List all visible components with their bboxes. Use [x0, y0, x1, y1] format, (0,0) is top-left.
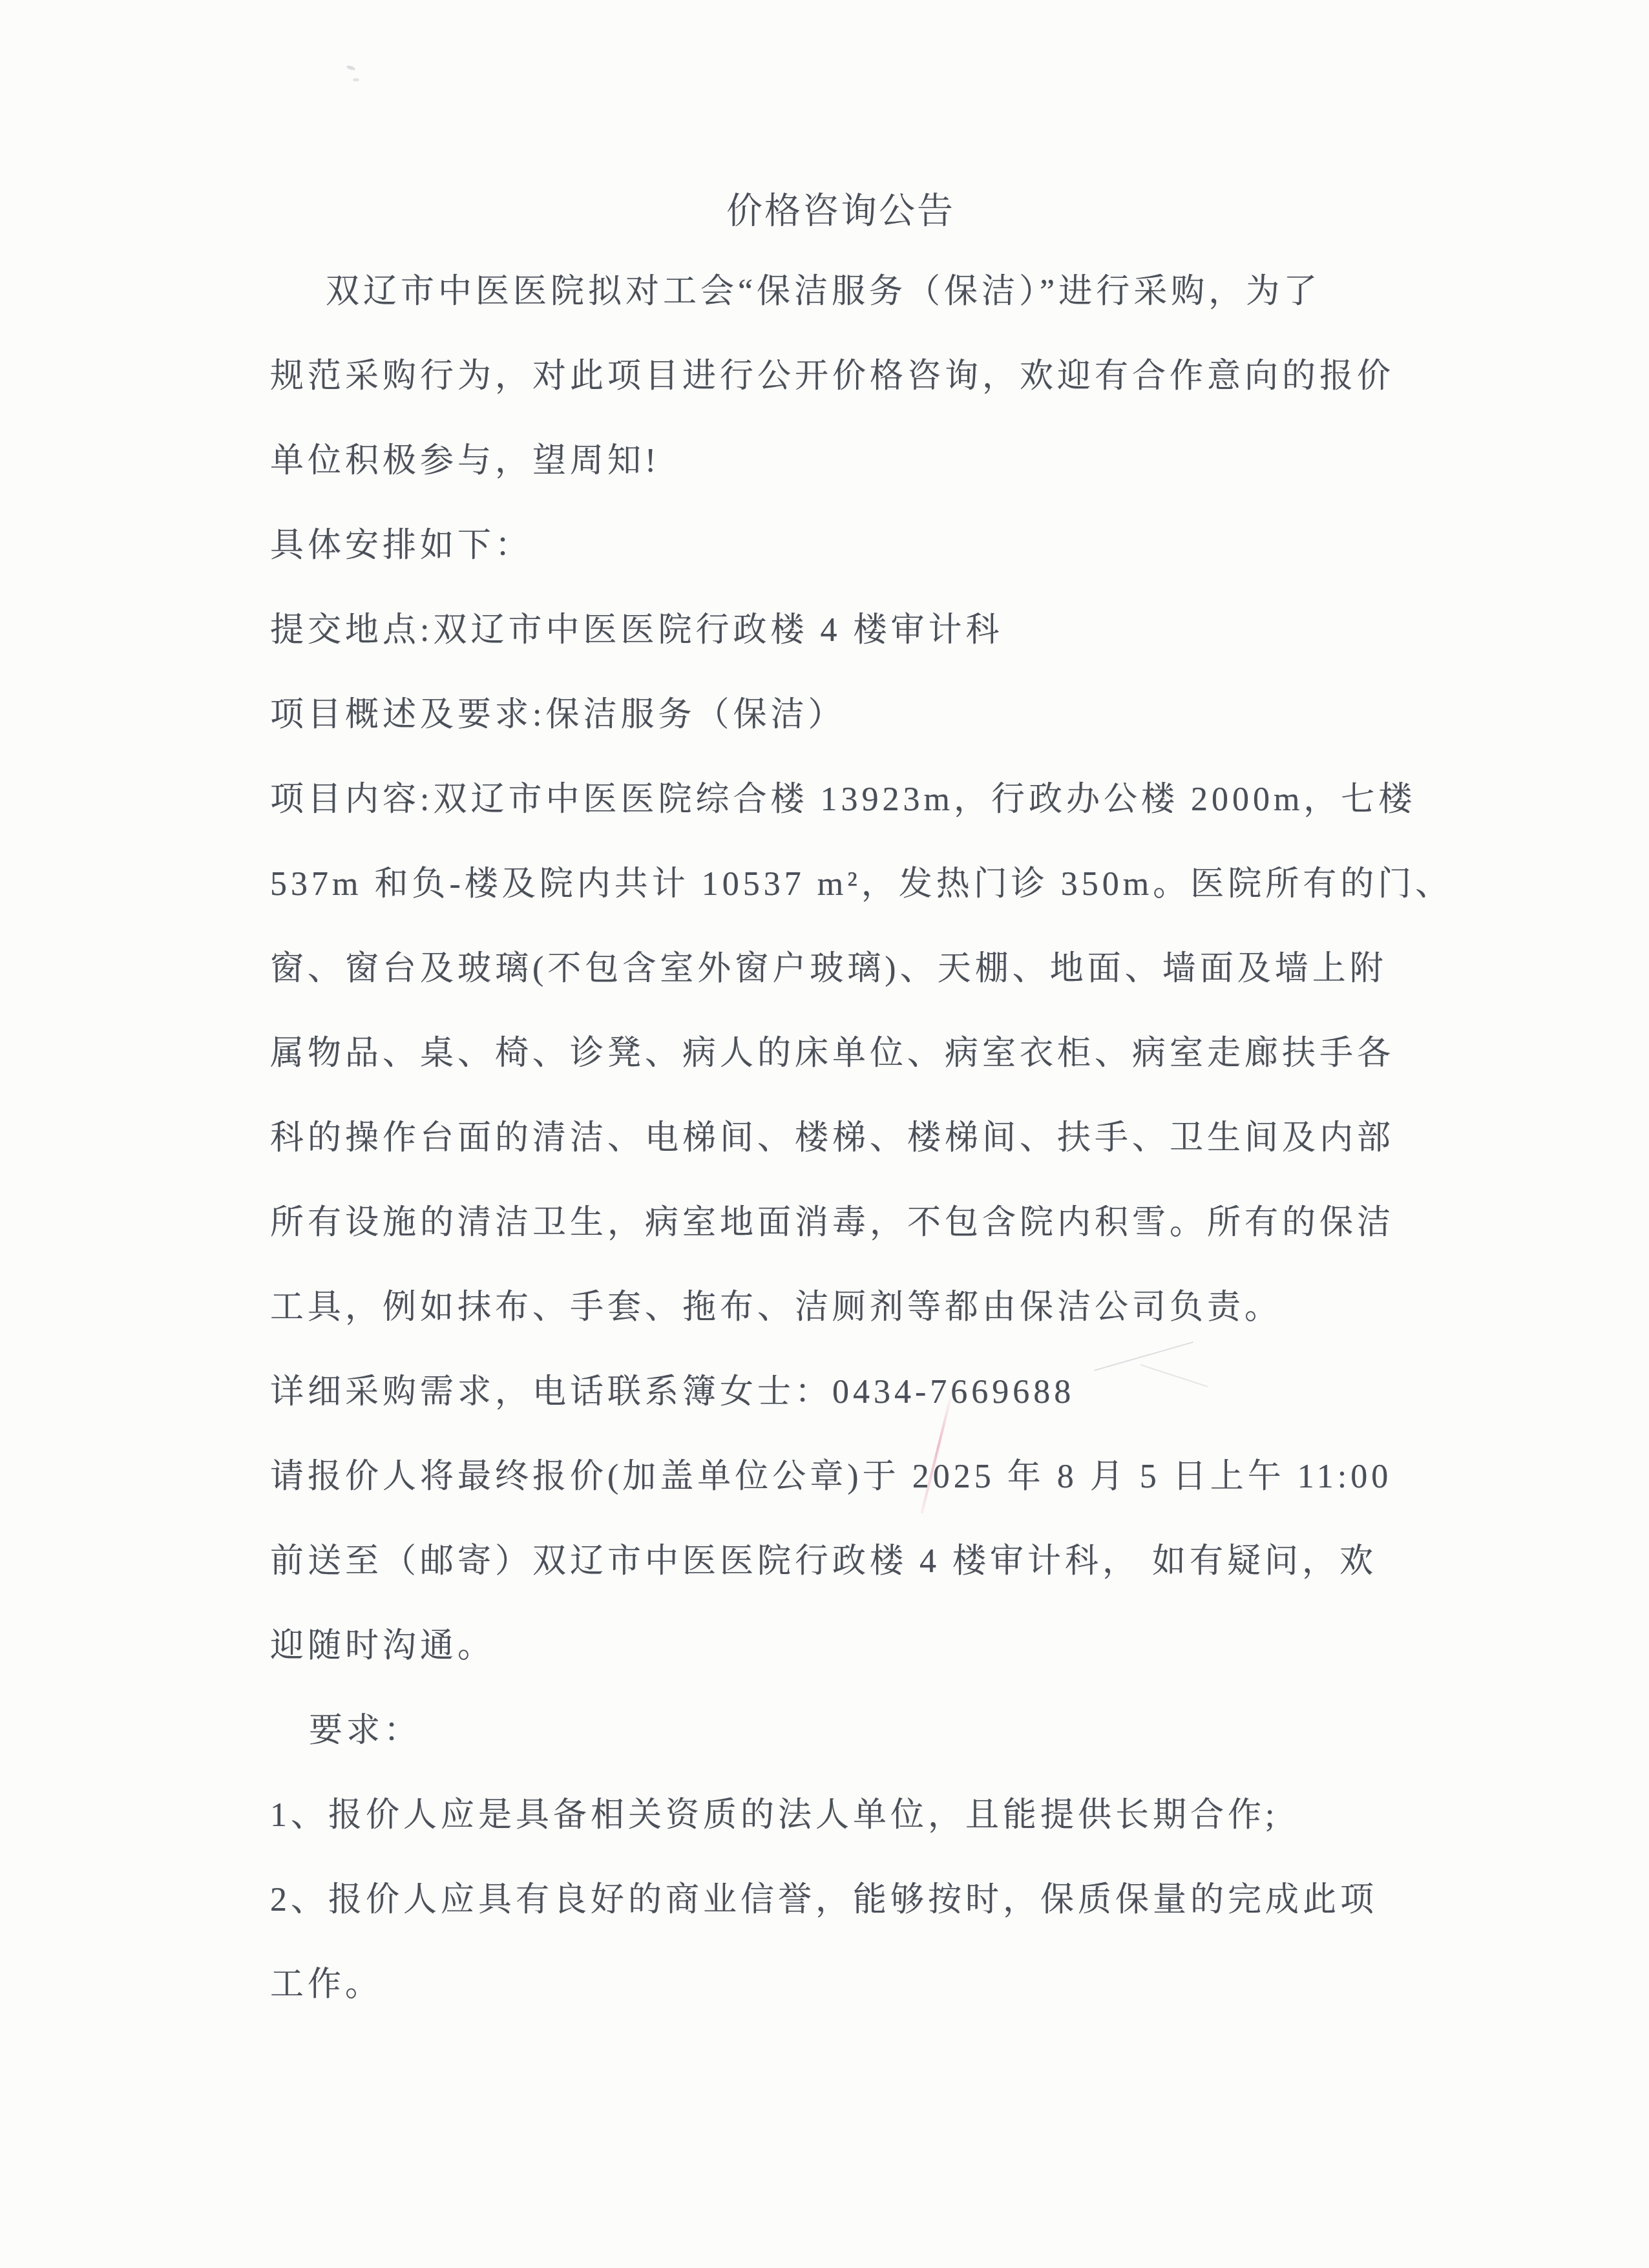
doc-line: 工具，例如抹布、手套、拖布、洁厕剂等都由保洁公司负责。: [270, 1265, 1411, 1350]
doc-line: 所有设施的清洁卫生，病室地面消毒，不包含院内积雪。所有的保洁: [270, 1181, 1411, 1265]
doc-line: 属物品、桌、椅、诊凳、病人的床单位、病室衣柜、病室走廊扶手各: [270, 1011, 1411, 1096]
doc-line: 单位积极参与，望周知!: [270, 419, 1411, 503]
doc-line: 前送至（邮寄）双辽市中医医院行政楼 4 楼审计科， 如有疑问，欢: [270, 1519, 1411, 1604]
doc-line: 537m 和负-楼及院内共计 10537 m²，发热门诊 350m。医院所有的门…: [270, 842, 1411, 927]
doc-line: 迎随时沟通。: [270, 1604, 1411, 1688]
doc-line: 要求：: [270, 1688, 1411, 1773]
doc-line: 1、报价人应是具备相关资质的法人单位，且能提供长期合作;: [270, 1773, 1411, 1858]
doc-line: 工作。: [270, 1942, 1411, 2027]
doc-line: 科的操作台面的清洁、电梯间、楼梯、楼梯间、扶手、卫生间及内部: [270, 1096, 1411, 1181]
doc-line: 提交地点:双辽市中医医院行政楼 4 楼审计科: [270, 588, 1411, 673]
scan-artifact-speck: [346, 65, 355, 71]
doc-line: 请报价人将最终报价(加盖单位公章)于 2025 年 8 月 5 日上午 11:0…: [270, 1434, 1411, 1519]
doc-line: 双辽市中医医院拟对工会“保洁服务（保洁）”进行采购，为了: [270, 249, 1411, 334]
scanned-document-page: 价格咨询公告 双辽市中医医院拟对工会“保洁服务（保洁）”进行采购，为了 规范采购…: [0, 0, 1649, 2268]
doc-line: 具体安排如下：: [270, 503, 1411, 588]
doc-line: 2、报价人应具有良好的商业信誉，能够按时，保质保量的完成此项: [270, 1858, 1411, 1942]
doc-line: 规范采购行为，对此项目进行公开价格咨询，欢迎有合作意向的报价: [270, 334, 1411, 419]
scan-artifact-speck: [353, 78, 359, 81]
doc-line: 项目内容:双辽市中医医院综合楼 13923m，行政办公楼 2000m，七楼: [270, 757, 1411, 842]
doc-line: 详细采购需求，电话联系簿女士：0434-7669688: [270, 1350, 1411, 1434]
doc-line: 项目概述及要求:保洁服务（保洁）: [270, 673, 1411, 757]
doc-line: 窗、窗台及玻璃(不包含室外窗户玻璃)、天棚、地面、墙面及墙上附: [270, 927, 1411, 1011]
document-title: 价格咨询公告: [270, 169, 1411, 254]
document-body: 双辽市中医医院拟对工会“保洁服务（保洁）”进行采购，为了 规范采购行为，对此项目…: [270, 249, 1411, 2027]
